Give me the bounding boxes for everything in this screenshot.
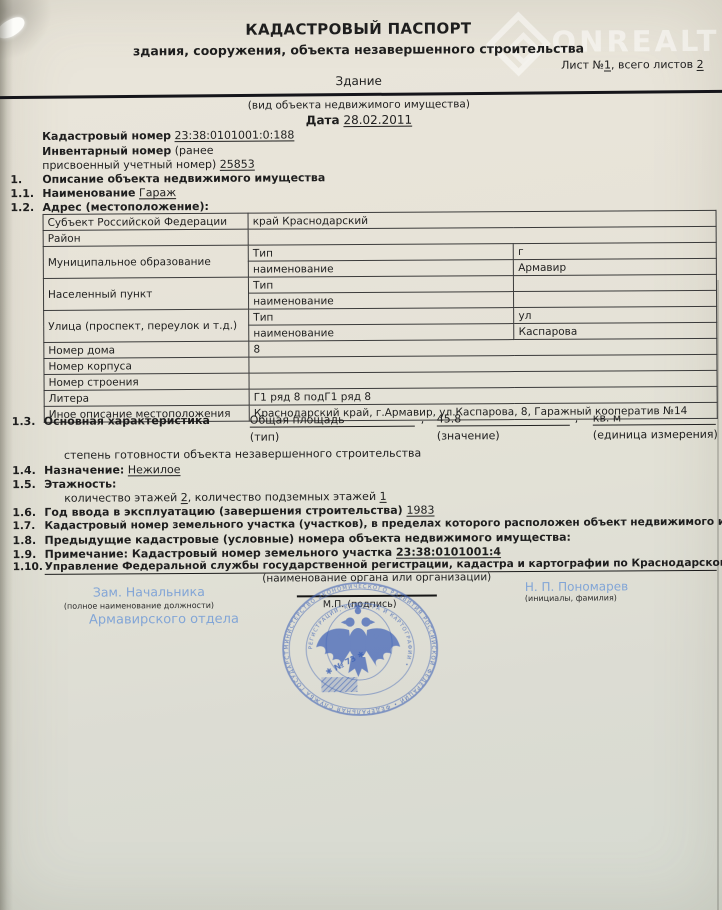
sheet-prefix: Лист №	[561, 59, 604, 72]
stamp-inner-ring-text: РЕГИСТРАЦИИ, КАДАСТРА И КАРТОГРАФИИ •	[308, 603, 413, 669]
section-1-10-number: 1.10.	[13, 561, 43, 573]
date-label: Дата	[306, 113, 340, 127]
inventory-number-label: Инвентарный номер	[42, 144, 171, 158]
signer-position-line2: Армавирского отдела	[89, 612, 239, 628]
inventory-number-row-2: присвоенный учетный номер) 25853	[42, 158, 255, 172]
cell-municipality-label: Муниципальное образование	[43, 245, 248, 278]
cell-building-label: Номер корпуса	[44, 357, 249, 374]
cadastral-number-value: 23:38:0101001:0:188	[174, 128, 294, 142]
cell-settlement-tip-value	[514, 274, 717, 291]
cell-settlement-name-value	[514, 290, 717, 307]
signature-line	[297, 595, 437, 598]
stamp-number: ✱ № 73 ✱	[324, 649, 366, 677]
signer-position-caption: (полное наименование должности)	[64, 601, 214, 611]
cell-municipality-name-value: Армавир	[514, 258, 717, 275]
year-label: Год ввода в эксплуатацию (завершения стр…	[44, 504, 406, 519]
characteristic-value-field: 45.8	[437, 412, 570, 427]
name-value: Гараж	[139, 186, 176, 199]
cell-structure-label: Номер строения	[44, 373, 249, 390]
main-characteristic-label: Основная характеристика	[44, 414, 210, 428]
cell-municipality-name-label: наименование	[248, 260, 513, 278]
underground-count-label: , количество подземных этажей	[188, 490, 380, 504]
cell-settlement-name-label: наименование	[249, 292, 514, 310]
cell-street-label: Улица (проспект, переулок и т.д.)	[44, 309, 249, 342]
section-1-9-number: 1.9.	[13, 548, 37, 561]
section-1-7-number: 1.7.	[12, 520, 35, 532]
address-table: Субъект Российской Федерации край Красно…	[43, 210, 718, 423]
object-type: Здание	[0, 72, 720, 90]
note-value: 23:38:0101001:4	[396, 545, 501, 559]
cell-municipality-tip-value: г	[514, 242, 717, 259]
section-1-6-number: 1.6.	[12, 506, 36, 519]
section-1-number: 1.	[10, 173, 22, 186]
storeys-detail: количество этажей 2, количество подземны…	[64, 490, 386, 505]
unit-caption: (единица измерения)	[593, 428, 718, 442]
stamp-signature-caption: М.П. (подпись)	[323, 599, 397, 610]
cell-street-tip-label: Тип	[249, 308, 514, 326]
sheet-info: Лист №1, всего листов 2	[561, 58, 704, 72]
cell-district-label: Район	[43, 229, 248, 246]
characteristic-unit-field: кв. м	[593, 411, 716, 426]
cadastral-number-row: Кадастровый номер 23:38:0101001:0:188	[42, 128, 294, 143]
inventory-number-label-rest: (ранее	[171, 144, 213, 157]
stamp-inner-ring-textpath: РЕГИСТРАЦИИ, КАДАСТРА И КАРТОГРАФИИ •	[308, 603, 413, 669]
year-value: 1983	[406, 504, 434, 517]
sheet-total: 2	[697, 58, 704, 71]
scanned-document-page: ONREALT КАДАСТРОВЫЙ ПАСПОРТ здания, соор…	[0, 0, 722, 910]
section-1-1-number: 1.1.	[10, 187, 34, 200]
section-1-8-number: 1.8.	[12, 534, 36, 547]
stamp-eagle-emblem	[316, 604, 400, 677]
purpose-value: Нежилое	[128, 463, 181, 476]
cell-settlement-label: Населенный пункт	[43, 277, 248, 310]
section-1-5-number: 1.5.	[12, 478, 36, 491]
cell-subject-label: Субъект Российской Федерации	[43, 213, 248, 230]
cadastral-number-label: Кадастровый номер	[42, 129, 171, 143]
comma: ,	[575, 412, 579, 425]
purpose-label: Назначение:	[44, 463, 124, 476]
type-caption: (тип)	[250, 430, 279, 443]
stamp-hatched-box	[321, 677, 357, 692]
cell-street-name-value: Каспарова	[514, 322, 717, 339]
date-row: Дата 28.02.2011	[0, 111, 720, 129]
inventory-number-row-1: Инвентарный номер (ранее	[42, 144, 213, 158]
name-label: Наименование	[42, 186, 135, 200]
cell-settlement-tip-label: Тип	[249, 276, 514, 294]
cell-street-name-label: наименование	[249, 324, 514, 342]
section-1-2-number: 1.2.	[10, 201, 34, 214]
inventory-number-label-2: присвоенный учетный номер)	[42, 158, 216, 172]
characteristic-type-field: Общая площадь	[250, 413, 415, 428]
underground-count-value: 1	[380, 490, 387, 503]
readiness-note: степень готовности объекта незавершенног…	[64, 447, 421, 462]
cell-house-label: Номер дома	[44, 341, 249, 358]
value-caption: (значение)	[437, 429, 500, 442]
storeys-label: Этажность:	[44, 474, 716, 491]
floors-count-label: количество этажей	[64, 491, 181, 505]
sheet-middle: , всего листов	[611, 58, 697, 72]
date-value: 28.02.2011	[343, 113, 412, 127]
cell-litera-label: Литера	[44, 389, 249, 406]
signer-position-line1: Зам. Начальника	[93, 584, 205, 600]
document-subtitle: здания, сооружения, объекта незавершенно…	[0, 40, 720, 59]
section-1-3-number: 1.3.	[12, 415, 36, 428]
cell-municipality-tip-label: Тип	[248, 244, 513, 262]
inventory-number-value: 25853	[220, 158, 255, 171]
signer-name: Н. П. Пономарев	[525, 579, 628, 594]
signer-name-caption: (инициалы, фамилия)	[525, 593, 617, 603]
cell-street-tip-value: ул	[514, 306, 717, 323]
section-1-4-number: 1.4.	[12, 464, 36, 477]
document-content: ONREALT КАДАСТРОВЫЙ ПАСПОРТ здания, соор…	[0, 0, 722, 910]
document-title: КАДАСТРОВЫЙ ПАСПОРТ	[0, 18, 719, 40]
comma: ,	[421, 413, 425, 426]
